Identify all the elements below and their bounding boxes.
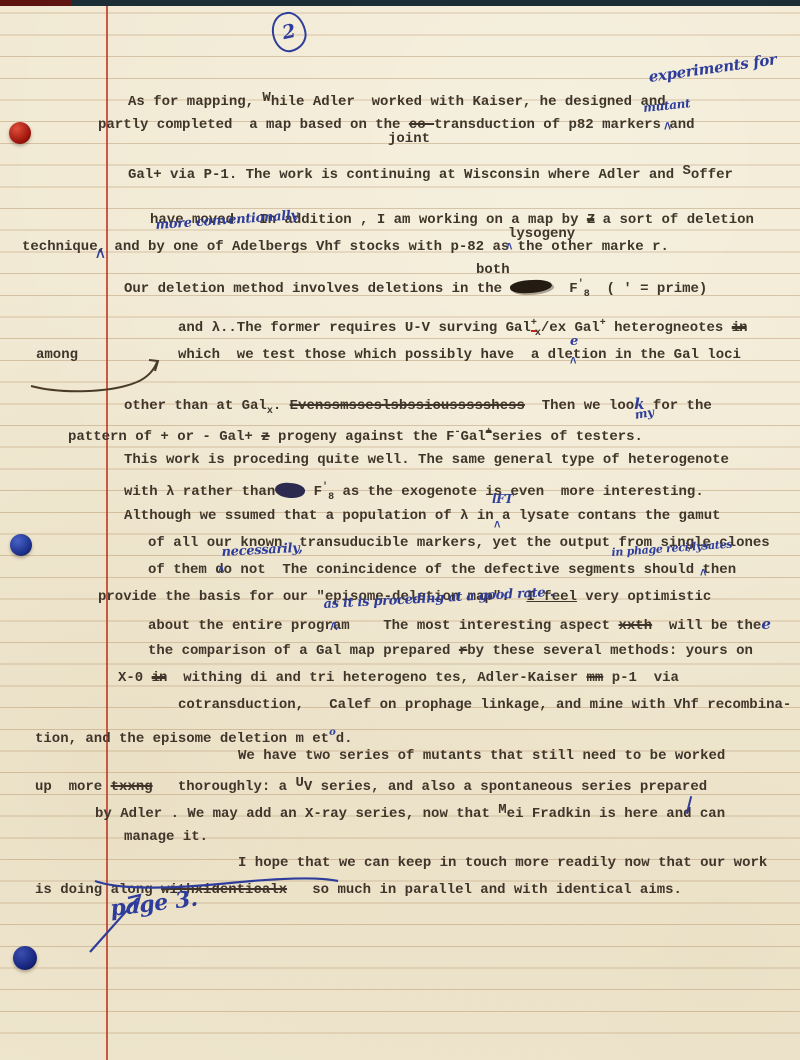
typed-segment: ei Fradkin is here and can [507, 806, 725, 822]
typed-segment: with λ rather than [124, 484, 275, 500]
typed-segment: M [498, 802, 506, 818]
typed-segment: up more [35, 779, 111, 795]
typed-segment: V series, and also a spontaneous series … [304, 779, 707, 795]
typed-line: with λ rather than F'8 as the exogenote … [124, 479, 704, 506]
typed-line: of them do not The conincidence of the d… [148, 562, 736, 579]
typed-segment: As for mapping, [128, 94, 262, 110]
typed-segment: pattern of + or - Gal+ [68, 429, 261, 445]
insertion-caret: ^ [664, 120, 671, 136]
typed-line: Although we ssumed that a population of … [124, 508, 721, 525]
typed-segment: S [683, 163, 691, 179]
typed-segment: and λ..The former requires U-V surving G… [178, 320, 531, 336]
typed-segment: by Adler . We may add an X-ray series, n… [95, 806, 498, 822]
typed-segment: tion, and the episome deletion m et [35, 731, 329, 747]
binder-dot-blue-bottom [13, 946, 37, 970]
ink-blot [275, 481, 306, 499]
typed-segment: other than at Gal [124, 398, 267, 414]
typed-segment: W [262, 90, 270, 106]
struck-out-text: txxng [111, 779, 153, 795]
typed-line: pattern of + or - Gal+ z progeny against… [68, 424, 643, 446]
typed-segment: F [552, 281, 577, 297]
struck-out-text: z [261, 429, 269, 445]
handwritten-correction: e [761, 615, 771, 633]
typed-line: the comparison of a Gal map prepared rby… [148, 643, 753, 660]
typed-line: I hope that we can keep in touch more re… [238, 855, 767, 872]
typed-line: other than at Galx. Evenssmsseslsbssious… [124, 396, 712, 420]
typed-line: We have two series of mutants that still… [238, 748, 725, 765]
typed-line: X-0 in withing di and tri heterogeno tes… [118, 670, 679, 687]
handwritten-note: e [570, 334, 578, 349]
typed-line: Our deletion method involves deletions i… [124, 276, 707, 303]
typed-segment: heterogneotes [606, 320, 732, 336]
typed-line: joint [388, 131, 430, 148]
insertion-caret: ^ [96, 247, 105, 267]
typed-segment: for the [645, 398, 712, 414]
typed-segment: about the entire program The most intere… [148, 618, 618, 634]
typed-segment: progeny against the F [270, 429, 455, 445]
typed-segment: Then we loo [525, 398, 634, 414]
typed-segment: which we test those which possibly have … [178, 347, 741, 363]
typed-segment: technique, and by one of Adelbergs Vhf s… [22, 239, 669, 255]
typed-line: cotransduction, Calef on prophage linkag… [178, 697, 791, 714]
typed-segment: Gal+ via P-1. The work is continuing at … [128, 167, 683, 183]
typed-segment: withing di and tri heterogeno tes, Adler… [166, 670, 586, 686]
page3-arrow [82, 890, 152, 956]
typed-segment: thoroughly: a [153, 779, 296, 795]
insertion-caret: ^ [330, 619, 338, 637]
scanned-letter-page: 2 As for mapping, While Adler worked wit… [0, 0, 800, 1060]
typed-segment: a sort of deletion [594, 212, 754, 228]
typed-segment: transduction of p82 markers and [434, 117, 694, 133]
typed-segment: series of testers. [492, 429, 643, 445]
ink-blot [510, 278, 553, 295]
typed-segment: by these several methods: yours on [467, 643, 753, 659]
typed-segment: the comparison of a Gal map prepared [148, 643, 459, 659]
typed-segment: joint [388, 131, 430, 147]
typed-line: by Adler . We may add an X-ray series, n… [95, 802, 725, 823]
handwritten-note: lFT [492, 492, 513, 506]
typed-segment: Gal [461, 429, 486, 445]
handwritten-correction: o [329, 727, 336, 738]
typed-segment: I hope that we can keep in touch more re… [238, 855, 767, 871]
typed-segment: This work is proceding quite well. The s… [124, 452, 729, 468]
struck-out-text: r [459, 643, 467, 659]
typed-line: about the entire program The most intere… [148, 616, 771, 635]
struck-out-text: xxth [618, 618, 652, 634]
insertion-caret: ^ [218, 565, 224, 580]
page-number: 2 [280, 20, 298, 44]
binder-dot-red [9, 122, 31, 144]
top-edge-strip [0, 0, 800, 6]
struck-out-text: in [732, 320, 747, 336]
typed-segment: Our deletion method involves deletions i… [124, 281, 510, 297]
typed-line: As for mapping, While Adler worked with … [128, 90, 666, 111]
typed-segment: Although we ssumed that a population of … [124, 508, 721, 524]
among-insertion-arrow [25, 356, 165, 396]
typed-line: technique, and by one of Adelbergs Vhf s… [22, 239, 669, 256]
typed-line: Gal+ via P-1. The work is continuing at … [128, 163, 733, 184]
typed-segment: so much in parallel and with identical a… [287, 882, 682, 898]
typed-segment: hile Adler worked with Kaiser, he design… [271, 94, 666, 110]
typed-segment: cotransduction, Calef on prophage linkag… [178, 697, 791, 713]
typed-segment: ( ' = prime) [590, 281, 708, 297]
typed-segment: d. [336, 731, 353, 747]
typed-segment: offer [691, 167, 733, 183]
typed-line: up more txxng thoroughly: a UV series, a… [35, 775, 707, 796]
typed-segment: F [305, 484, 322, 500]
struck-out-text: mm [587, 670, 604, 686]
typed-line: This work is proceding quite well. The s… [124, 452, 729, 469]
typed-segment: We have two series of mutants that still… [238, 748, 725, 764]
typed-segment: . [273, 398, 290, 414]
typed-line: and λ..The former requires U-V surving G… [178, 315, 747, 342]
insertion-caret: ^ [494, 520, 500, 535]
insertion-caret: ^ [570, 356, 576, 371]
struck-out-text: Evenssmsseslsbssioussssshess [290, 398, 525, 414]
typed-segment: of them do not The conincidence of the d… [148, 562, 736, 578]
typed-line: tion, and the episome deletion m etod. [35, 724, 353, 748]
binder-dot-blue-middle [10, 534, 32, 556]
typed-segment: p-1 via [603, 670, 679, 686]
typed-segment: partly completed a map based on the [98, 117, 409, 133]
typed-segment: manage it. [124, 829, 208, 845]
typed-segment: X-0 [118, 670, 152, 686]
typed-line: which we test those which possibly have … [178, 347, 741, 364]
typed-segment: as the exogenote is even more interestin… [334, 484, 704, 500]
typed-segment: very optimistic [577, 589, 711, 605]
insertion-caret: ^ [506, 242, 512, 257]
typed-segment: will be the [652, 618, 761, 634]
typed-segment: U [295, 775, 303, 791]
insertion-caret: ^ [700, 568, 706, 583]
struck-out-text: in [152, 670, 167, 686]
typed-line: manage it. [124, 829, 208, 846]
